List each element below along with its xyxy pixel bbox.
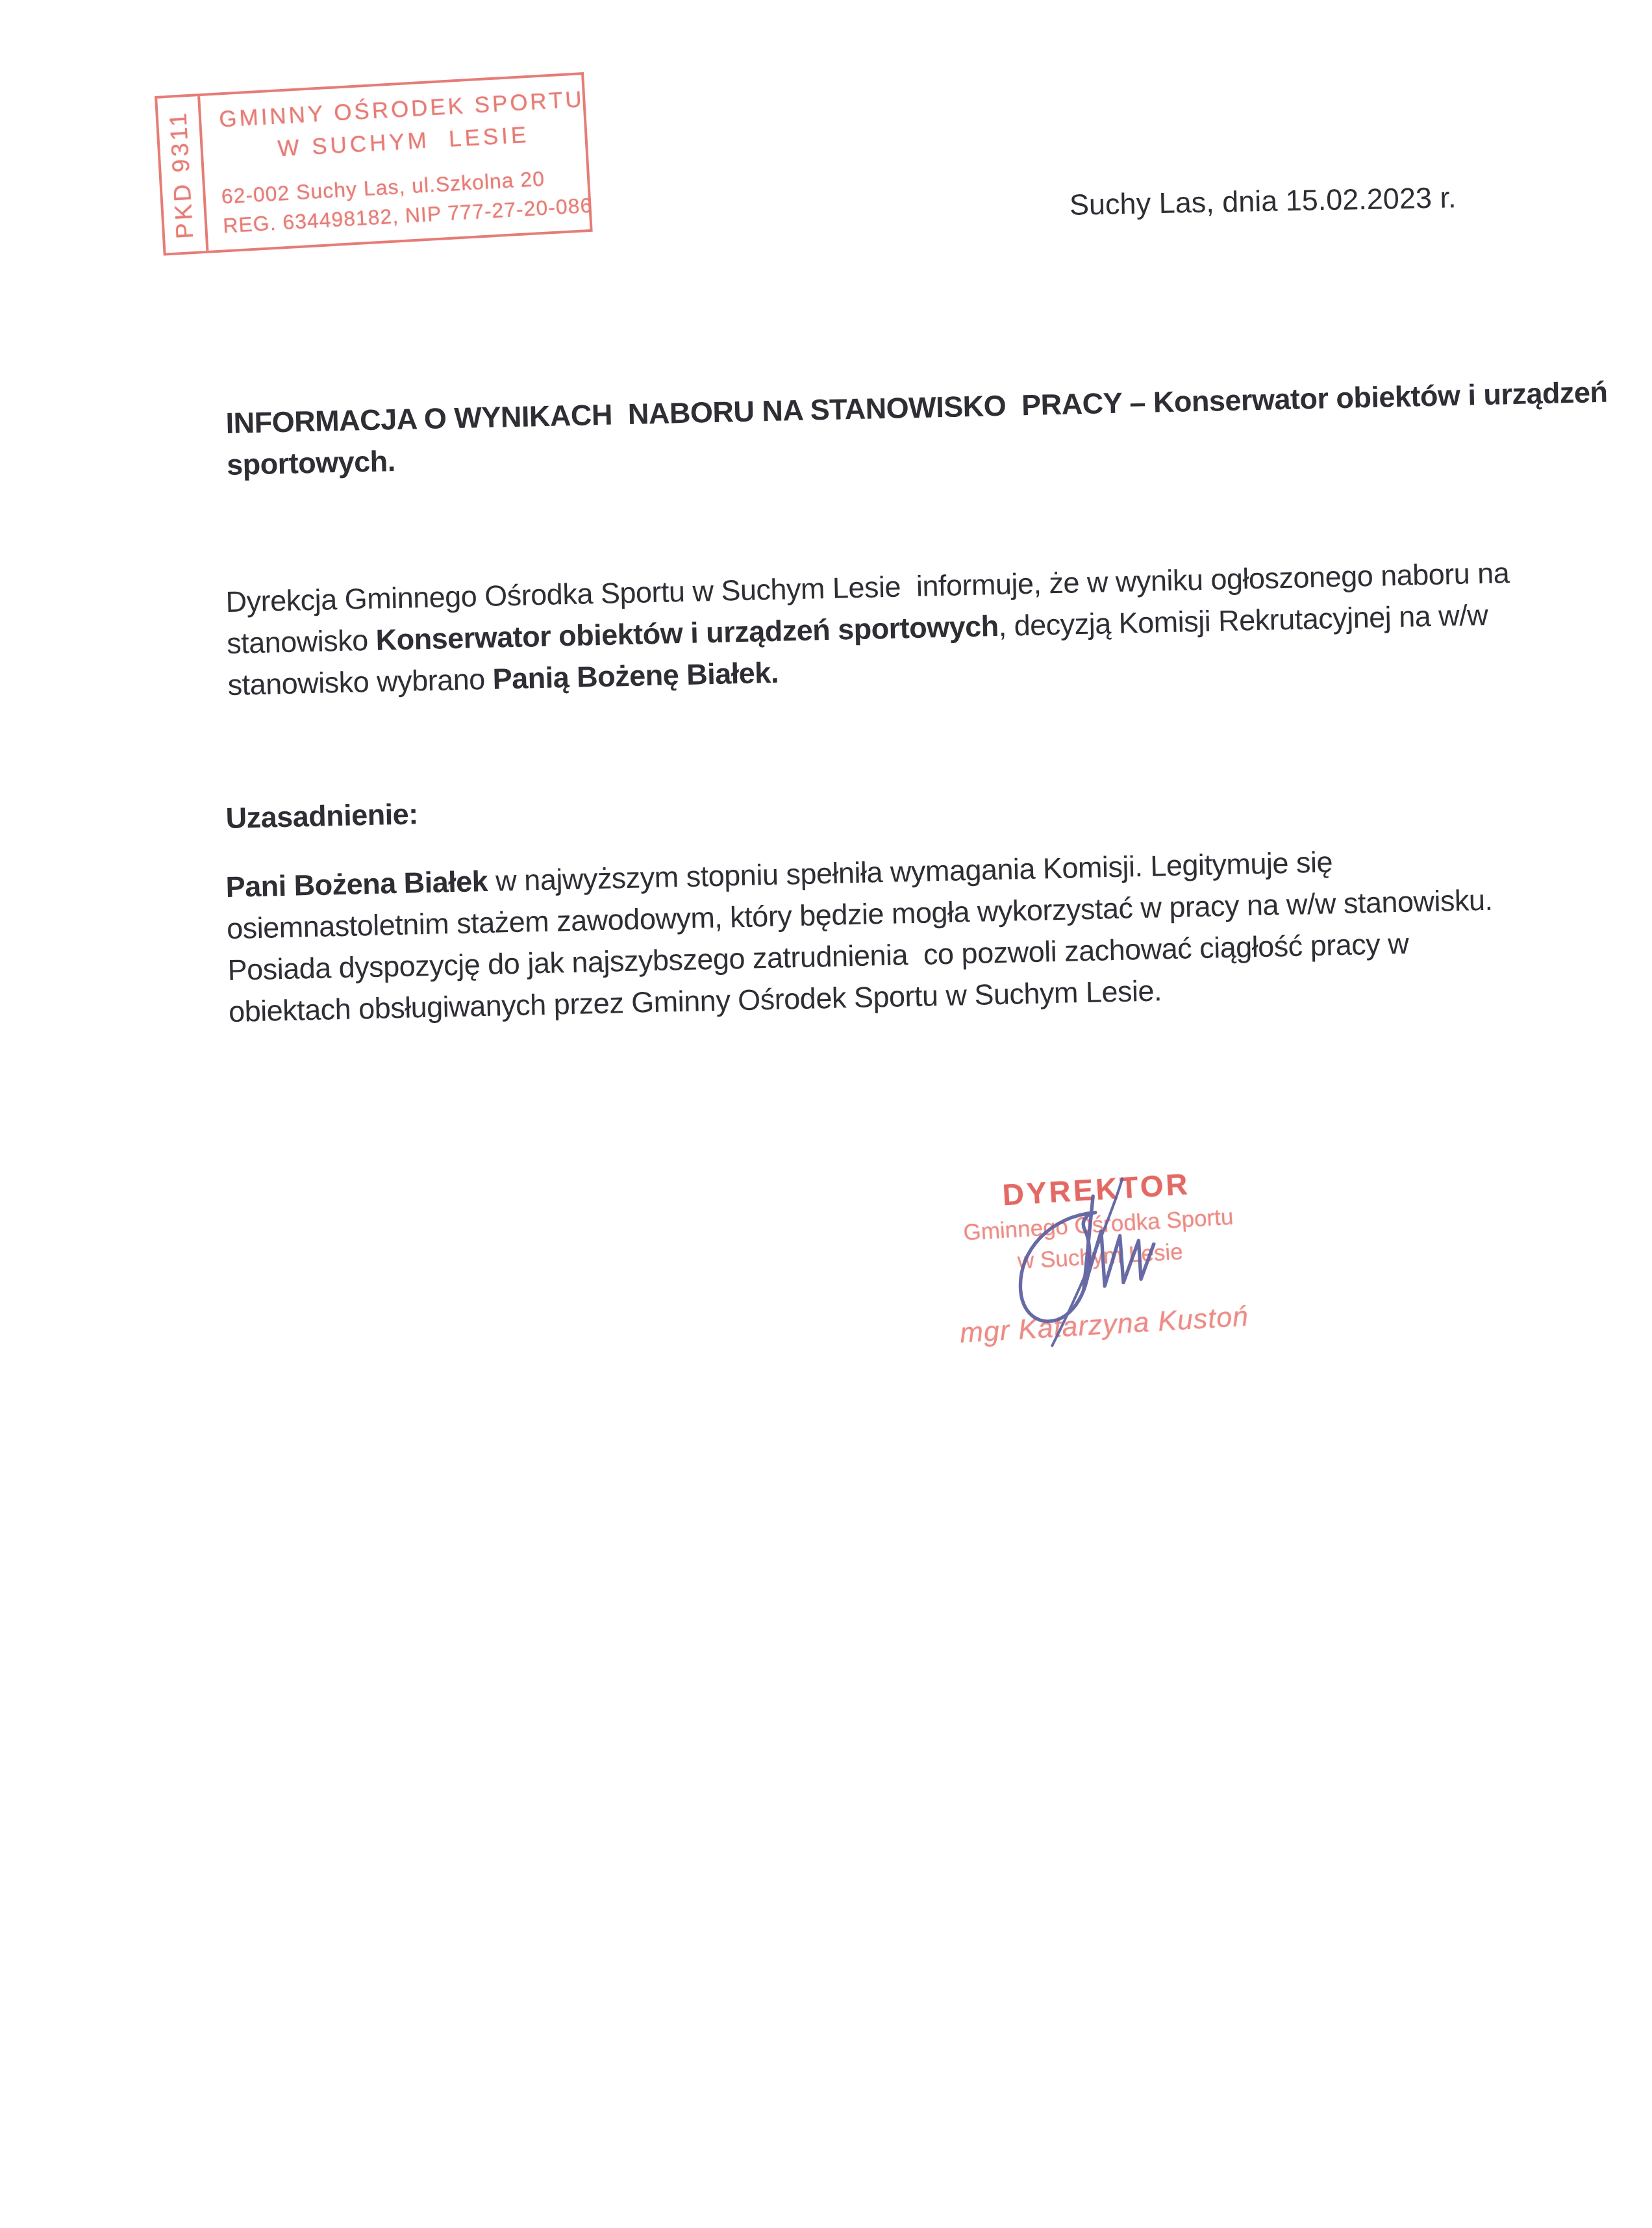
stamp-main-area: GMINNY OŚRODEK SPORTU W SUCHYM LESIE 62-…: [200, 74, 607, 251]
stamp-pkd-code: PKD 9311: [164, 110, 199, 240]
office-stamp: PKD 9311 GMINNY OŚRODEK SPORTU W SUCHYM …: [155, 72, 593, 256]
text-segment: stanowisko: [227, 624, 377, 660]
body-paragraph-2: Pani Bożena Białek w najwyższym stopniu …: [225, 838, 1501, 1033]
text-segment: , decyzją Komisji Rekrutacyjnej na w/w: [998, 598, 1488, 642]
justification-heading: Uzasadnienie:: [225, 769, 1499, 839]
dateline: Suchy Las, dnia 15.02.2023 r.: [1070, 181, 1457, 222]
bold-text-segment: Panią Bożenę Białek.: [492, 656, 779, 696]
bold-text-segment: Pani Bożena Białek: [225, 865, 488, 904]
handwritten-signature: [995, 1174, 1158, 1351]
text-segment: stanowisko wybrano: [227, 663, 493, 702]
body-paragraph-1: Dyrekcja Gminnego Ośrodka Sportu w Suchy…: [225, 553, 1501, 706]
text-line: Uzasadnienie:: [225, 769, 1499, 839]
document-title: INFORMACJA O WYNIKACH NABORU NA STANOWIS…: [225, 374, 1499, 486]
signature-scribble-icon: [995, 1174, 1158, 1351]
scanned-letter-page: { "colors": { "text": "#2e2e35", "paper"…: [0, 0, 1652, 2228]
